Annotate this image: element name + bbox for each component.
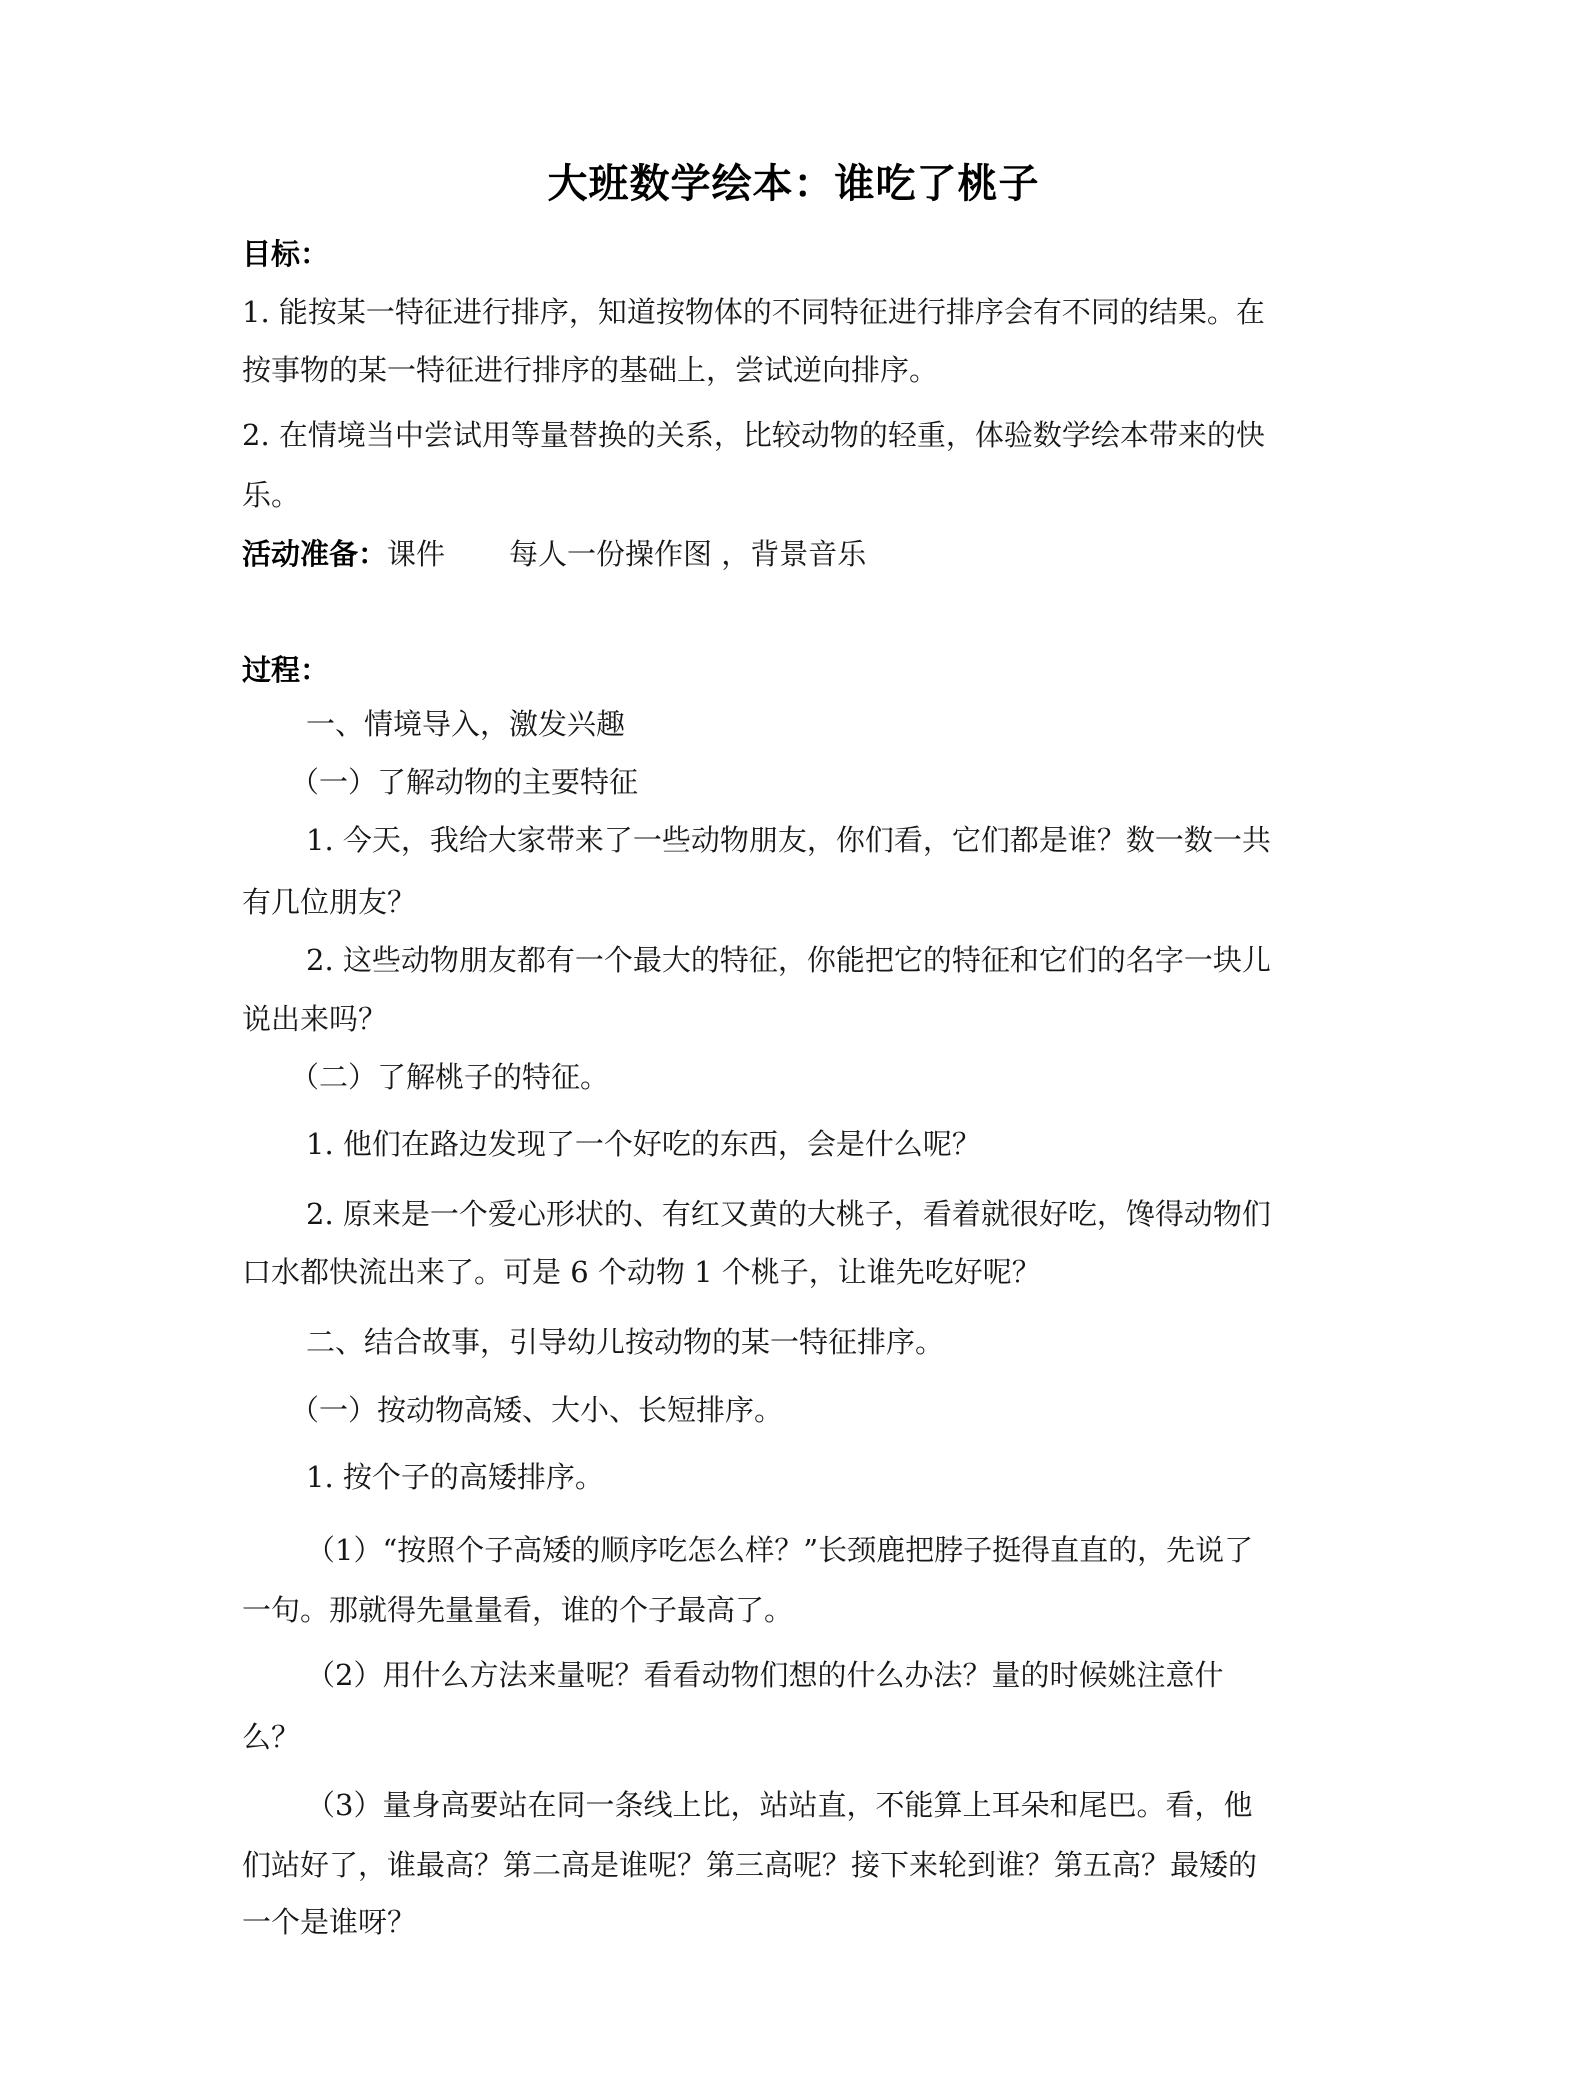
document-page: 大班数学绘本：谁吃了桃子 目标： 1. 能按某一特征进行排序，知道按物体的不同特… (0, 0, 1587, 2094)
preparation-item-materials: 每人一份操作图 ，背景音乐 (509, 537, 866, 571)
goal-line: 按事物的某一特征进行排序的基础上，尝试逆向排序。 (242, 352, 938, 388)
paragraph-line: （2）用什么方法来量呢？看看动物们想的什么办法？量的时候姚注意什 (306, 1657, 1223, 1693)
process-heading: 过程： (242, 652, 329, 688)
paragraph-line: 一个是谁呀？ (242, 1904, 416, 1940)
preparation-item-courseware: 课件 (387, 537, 445, 571)
paragraph-line: 一句。那就得先量量看，谁的个子最高了。 (242, 1592, 793, 1628)
paragraph-line: 1. 他们在路边发现了一个好吃的东西，会是什么呢？ (306, 1126, 981, 1162)
section-heading-1: 一、情境导入，激发兴趣 (306, 706, 625, 742)
subsection-heading: （一）了解动物的主要特征 (290, 764, 638, 800)
paragraph-line: 1. 按个子的高矮排序。 (306, 1459, 604, 1495)
preparation-line: 活动准备：课件每人一份操作图 ，背景音乐 (242, 536, 866, 572)
paragraph-line: 1. 今天，我给大家带来了一些动物朋友，你们看，它们都是谁？数一数一共 (306, 822, 1271, 858)
goals-heading: 目标： (242, 236, 329, 272)
subsection-heading: （二）了解桃子的特征。 (290, 1059, 609, 1095)
paragraph-line: 2. 原来是一个爱心形状的、有红又黄的大桃子，看着就很好吃，馋得动物们 (306, 1196, 1271, 1232)
paragraph-line: 说出来吗？ (242, 1001, 387, 1037)
paragraph-line: 2. 这些动物朋友都有一个最大的特征，你能把它的特征和它们的名字一块儿 (306, 942, 1271, 978)
subsection-heading: （一）按动物高矮、大小、长短排序。 (290, 1392, 783, 1428)
paragraph-line: 口水都快流出来了。可是 6 个动物 1 个桃子，让谁先吃好呢？ (242, 1254, 1041, 1290)
paragraph-line: 有几位朋友？ (242, 884, 416, 920)
paragraph-line: （3）量身高要站在同一条线上比，站站直，不能算上耳朵和尾巴。看，他 (306, 1787, 1252, 1823)
goal-line: 乐。 (242, 477, 300, 513)
goal-line: 1. 能按某一特征进行排序，知道按物体的不同特征进行排序会有不同的结果。在 (242, 294, 1265, 330)
goal-line: 2. 在情境当中尝试用等量替换的关系，比较动物的轻重，体验数学绘本带来的快 (242, 417, 1265, 453)
preparation-label: 活动准备： (242, 537, 387, 571)
paragraph-line: 们站好了，谁最高？第二高是谁呢？第三高呢？接下来轮到谁？第五高？最矮的 (242, 1847, 1257, 1883)
document-title: 大班数学绘本：谁吃了桃子 (0, 156, 1587, 212)
paragraph-line: 么？ (242, 1719, 300, 1755)
paragraph-line: （1）“按照个子高矮的顺序吃怎么样？”长颈鹿把脖子挺得直直的，先说了 (306, 1532, 1253, 1568)
section-heading-2: 二、结合故事，引导幼儿按动物的某一特征排序。 (306, 1324, 944, 1360)
